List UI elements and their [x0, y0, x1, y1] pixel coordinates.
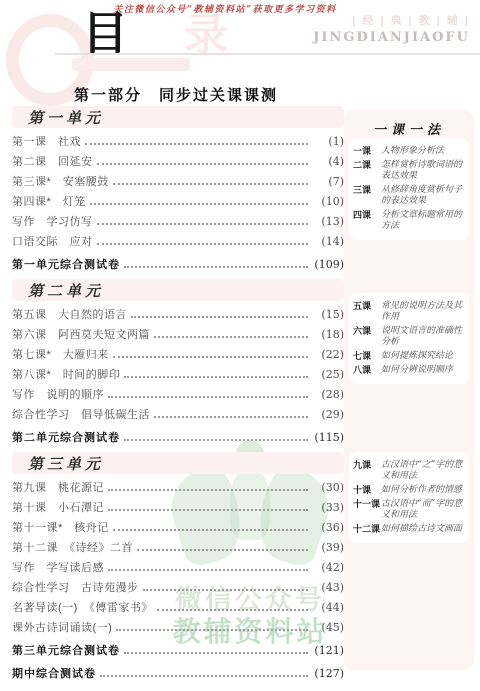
- toc-entry-title: 第十一课* 核舟记: [12, 519, 109, 535]
- toc-entry-title: 写作 学写读后感: [12, 559, 104, 575]
- toc-entry: 第一课 社戏 (1): [12, 131, 344, 151]
- toc-entry: 第八课* 时间的脚印 (25): [12, 364, 344, 384]
- toc-entry-page: (43): [312, 581, 344, 594]
- sidebar-note-text: 常见的说明方法及其作用: [381, 301, 465, 323]
- toc-entry-page: (28): [312, 388, 344, 401]
- sidebar-note: 六课 说明文语言的准确性分析: [353, 326, 465, 348]
- toc-section: 第二单元 第五课 大自然的语言 (15) 第六课 阿西莫夫短文两篇 (18) 第…: [12, 279, 344, 447]
- toc-entry-title: 第十二课 《诗经》二首: [12, 539, 133, 555]
- toc-entry: 第二单元综合测试卷 (115): [12, 427, 344, 447]
- toc-entry-page: (121): [312, 644, 344, 657]
- toc-entry-title: 第一课 社戏: [12, 133, 81, 149]
- sidebar-note-label: 七课: [353, 351, 381, 362]
- toc-entry: 口语交际 应对 (14): [12, 231, 344, 251]
- toc-entry-page: (127): [312, 667, 344, 680]
- toc-entry-page: (25): [312, 368, 344, 381]
- sidebar-note-label: 四课: [353, 210, 381, 232]
- toc-entry-title: 第十课 小石潭记: [12, 499, 104, 515]
- sidebar-note-label: 九课: [353, 460, 381, 482]
- toc-entry: 第七课* 大雁归来 (22): [12, 344, 344, 364]
- sidebar-note: 五课 常见的说明方法及其作用: [353, 301, 465, 323]
- page: { "banner": {"text": "关注微信公众号“教辅资料站”获取更多…: [0, 0, 480, 691]
- toc-entry-title: 口语交际 应对: [12, 233, 93, 249]
- toc-entry-title: 名著导读(一) 《傅雷家书》: [12, 599, 153, 615]
- toc-entry-page: (14): [312, 235, 344, 248]
- section-header-bar: 第二单元: [12, 279, 344, 301]
- sidebar-note: 四课 分析文章标题常用的方法: [353, 210, 465, 232]
- toc-entry: 写作 说明的顺序 (28): [12, 384, 344, 404]
- sidebar-note: 三课 从修辞角度赏析句子的表达效果: [353, 185, 465, 207]
- toc-entry-page: (13): [312, 215, 344, 228]
- dotted-leader: [97, 163, 309, 165]
- sidebar-note-label: 六课: [353, 326, 381, 348]
- toc-entry-title: 第三课* 安塞腰鼓: [12, 173, 109, 189]
- toc-entry-title: 写作 学习仿写: [12, 213, 93, 229]
- toc-entry-page: (18): [312, 328, 344, 341]
- dotted-leader: [124, 376, 308, 378]
- toc-entry-page: (33): [312, 501, 344, 514]
- toc-entry-title: 第五课 大自然的语言: [12, 306, 127, 322]
- sidebar-note-text: 如何分辨说明顺序: [381, 365, 465, 376]
- sidebar-note-label: 五课: [353, 301, 381, 323]
- sidebar-note: 二课 怎样赏析诗歌词语的表达效果: [353, 160, 465, 182]
- sidebar-note-card: 五课 常见的说明方法及其作用 六课 说明文语言的准确性分析 七课 如何提炼探究结…: [349, 293, 469, 384]
- toc-entry-title: 第七课* 大雁归来: [12, 346, 109, 362]
- toc-entry: 第一单元综合测试卷 (109): [12, 254, 344, 274]
- sidebar-note-text: 说明文语言的准确性分析: [381, 326, 465, 348]
- section-title: 第三单元: [28, 453, 104, 474]
- sidebar-note-text: 古汉语中“而”字的意义和用法: [381, 499, 465, 521]
- toc-entry: 综合性学习 倡导低碳生活 (29): [12, 404, 344, 424]
- sidebar-note-card: 一课 人物形象分析法 二课 怎样赏析诗歌词语的表达效果 三课 从修辞角度赏析句子…: [349, 138, 469, 240]
- toc-entry-page: (109): [312, 258, 344, 271]
- sidebar-note: 九课 古汉语中“之”字的意义和用法: [353, 460, 465, 482]
- brand-romanized-name: JINGDIANJIAOFU: [313, 30, 470, 45]
- dotted-leader: [157, 609, 308, 611]
- toc-entry: 课外古诗词诵读(一) (45): [12, 617, 344, 637]
- toc-entry: 期中综合测试卷 (127): [12, 663, 344, 683]
- sidebar-note-label: 十课: [353, 485, 381, 496]
- part-title: 第一部分 同步过关课课测: [0, 84, 352, 105]
- dotted-leader: [131, 316, 308, 318]
- toc-entry-page: (30): [312, 481, 344, 494]
- toc-entry-page: (10): [312, 195, 344, 208]
- sidebar-note: 十一课 古汉语中“而”字的意义和用法: [353, 499, 465, 521]
- section-header-bar: 第三单元: [12, 452, 344, 474]
- sidebar-note: 八课 如何分辨说明顺序: [353, 365, 465, 376]
- dotted-leader: [108, 569, 308, 571]
- toc-entry-title: 第三单元综合测试卷: [12, 642, 120, 658]
- toc-entry: 第十一课* 核舟记 (36): [12, 517, 344, 537]
- toc-section: 第三单元 第九课 桃花源记 (30) 第十课 小石潭记 (33) 第十一课* 核…: [12, 452, 344, 683]
- sidebar-note-text: 分析文章标题常用的方法: [381, 210, 465, 232]
- sidebar-note-text: 如何分析作者的情感: [381, 485, 465, 496]
- toc-entry-title: 第八课* 时间的脚印: [12, 366, 120, 382]
- toc-entry: 第十二课 《诗经》二首 (39): [12, 537, 344, 557]
- sidebar-note-label: 八课: [353, 365, 381, 376]
- toc-entry: 第十课 小石潭记 (33): [12, 497, 344, 517]
- toc-entry-page: (1): [312, 135, 344, 148]
- sidebar-note-label: 二课: [353, 160, 381, 182]
- dotted-leader: [100, 675, 308, 677]
- sidebar-note: 七课 如何提炼探究结论: [353, 351, 465, 362]
- header-divider: [55, 53, 480, 55]
- toc-entry-title: 第一单元综合测试卷: [12, 256, 120, 272]
- toc-title-char-faint: 录: [184, 14, 228, 58]
- dotted-leader: [124, 652, 308, 654]
- toc-entry-title: 第二课 回延安: [12, 153, 93, 169]
- sidebar-note-label: 十一课: [353, 499, 381, 521]
- dotted-leader: [113, 356, 308, 358]
- dotted-leader: [154, 416, 308, 418]
- toc-entry: 第五课 大自然的语言 (15): [12, 304, 344, 324]
- toc-entry: 第三课* 安塞腰鼓 (7): [12, 171, 344, 191]
- toc-entry-page: (29): [312, 408, 344, 421]
- section-rows: 第一课 社戏 (1) 第二课 回延安 (4) 第三课* 安塞腰鼓 (7) 第四课…: [12, 131, 344, 274]
- toc-entry-title: 课外古诗词诵读(一): [12, 619, 112, 635]
- dotted-leader: [154, 336, 308, 338]
- sidebar-note-text: 如何提炼探究结论: [381, 351, 465, 362]
- sidebar-note-label: 一课: [353, 146, 381, 157]
- section-rows: 第五课 大自然的语言 (15) 第六课 阿西莫夫短文两篇 (18) 第七课* 大…: [12, 304, 344, 447]
- toc-entry-page: (22): [312, 348, 344, 361]
- sidebar-note-text: 人物形象分析法: [381, 146, 465, 157]
- toc-entry-page: (42): [312, 561, 344, 574]
- sidebar-note: 十课 如何分析作者的情感: [353, 485, 465, 496]
- toc-main: 第一单元 第一课 社戏 (1) 第二课 回延安 (4) 第三课* 安塞腰鼓 (7…: [12, 106, 344, 683]
- toc-entry-title: 第九课 桃花源记: [12, 479, 104, 495]
- toc-entry: 写作 学写读后感 (42): [12, 557, 344, 577]
- sidebar-note-label: 三课: [353, 185, 381, 207]
- dotted-leader: [108, 489, 308, 491]
- sidebar-note-text: 如何描绘古诗文画面: [381, 524, 465, 535]
- section-title: 第一单元: [28, 107, 104, 128]
- sidebar-note-label: 十二课: [353, 524, 381, 535]
- sidebar-note-text: 古汉语中“之”字的意义和用法: [381, 460, 465, 482]
- toc-entry: 第四课* 灯笼 (10): [12, 191, 344, 211]
- toc-entry-page: (45): [312, 621, 344, 634]
- toc-entry: 第六课 阿西莫夫短文两篇 (18): [12, 324, 344, 344]
- dotted-leader: [124, 439, 308, 441]
- pink-watermark-blob: [72, 58, 190, 71]
- sidebar-note-text: 怎样赏析诗歌词语的表达效果: [381, 160, 465, 182]
- toc-entry-page: (15): [312, 308, 344, 321]
- dotted-leader: [113, 183, 308, 185]
- toc-entry: 第三单元综合测试卷 (121): [12, 640, 344, 660]
- toc-entry: 综合性学习 古诗苑漫步 (43): [12, 577, 344, 597]
- sidebar-note: 一课 人物形象分析法: [353, 146, 465, 157]
- toc-entry-title: 第四课* 灯笼: [12, 193, 86, 209]
- toc-entry-page: (39): [312, 541, 344, 554]
- toc-entry-title: 综合性学习 倡导低碳生活: [12, 406, 150, 422]
- section-header-bar: 第一单元: [12, 106, 344, 128]
- sidebar-note-card: 九课 古汉语中“之”字的意义和用法 十课 如何分析作者的情感 十一课 古汉语中“…: [349, 452, 469, 543]
- dotted-leader: [113, 529, 308, 531]
- publisher-brand: | 经 | 典 | 教 | 辅 | JINGDIANJIAOFU: [313, 12, 470, 45]
- dotted-leader: [108, 396, 308, 398]
- dotted-leader: [116, 629, 308, 631]
- sidebar-note-text: 从修辞角度赏析句子的表达效果: [381, 185, 465, 207]
- toc-entry-page: (44): [312, 601, 344, 614]
- brand-seal-text: | 经 | 典 | 教 | 辅 |: [313, 12, 470, 28]
- toc-entry: 第九课 桃花源记 (30): [12, 477, 344, 497]
- dotted-leader: [90, 203, 308, 205]
- dotted-leader: [97, 223, 309, 225]
- dotted-leader: [143, 589, 309, 591]
- toc-title-char: 目: [82, 10, 128, 56]
- toc-entry-page: (7): [312, 175, 344, 188]
- toc-entry-title: 写作 说明的顺序: [12, 386, 104, 402]
- toc-entry-title: 第二单元综合测试卷: [12, 429, 120, 445]
- toc-entry-title: 期中综合测试卷: [12, 665, 96, 681]
- toc-entry: 名著导读(一) 《傅雷家书》 (44): [12, 597, 344, 617]
- dotted-leader: [97, 243, 309, 245]
- dotted-leader: [124, 266, 308, 268]
- sidebar-note: 十二课 如何描绘古诗文画面: [353, 524, 465, 535]
- toc-entry-title: 第六课 阿西莫夫短文两篇: [12, 326, 150, 342]
- toc-section: 第一单元 第一课 社戏 (1) 第二课 回延安 (4) 第三课* 安塞腰鼓 (7…: [12, 106, 344, 274]
- sidebar-title: 一课一法: [344, 119, 474, 138]
- toc-entry-page: (36): [312, 521, 344, 534]
- toc-entry-page: (115): [312, 431, 344, 444]
- section-title: 第二单元: [28, 280, 104, 301]
- sidebar-panel: 一课一法 一课 人物形象分析法 二课 怎样赏析诗歌词语的表达效果 三课 从修辞角…: [344, 110, 474, 670]
- toc-entry: 第二课 回延安 (4): [12, 151, 344, 171]
- toc-entry-page: (4): [312, 155, 344, 168]
- section-rows: 第九课 桃花源记 (30) 第十课 小石潭记 (33) 第十一课* 核舟记 (3…: [12, 477, 344, 683]
- toc-entry-title: 综合性学习 古诗苑漫步: [12, 579, 139, 595]
- dotted-leader: [108, 509, 308, 511]
- dotted-leader: [137, 549, 308, 551]
- toc-entry: 写作 学习仿写 (13): [12, 211, 344, 231]
- dotted-leader: [85, 143, 308, 145]
